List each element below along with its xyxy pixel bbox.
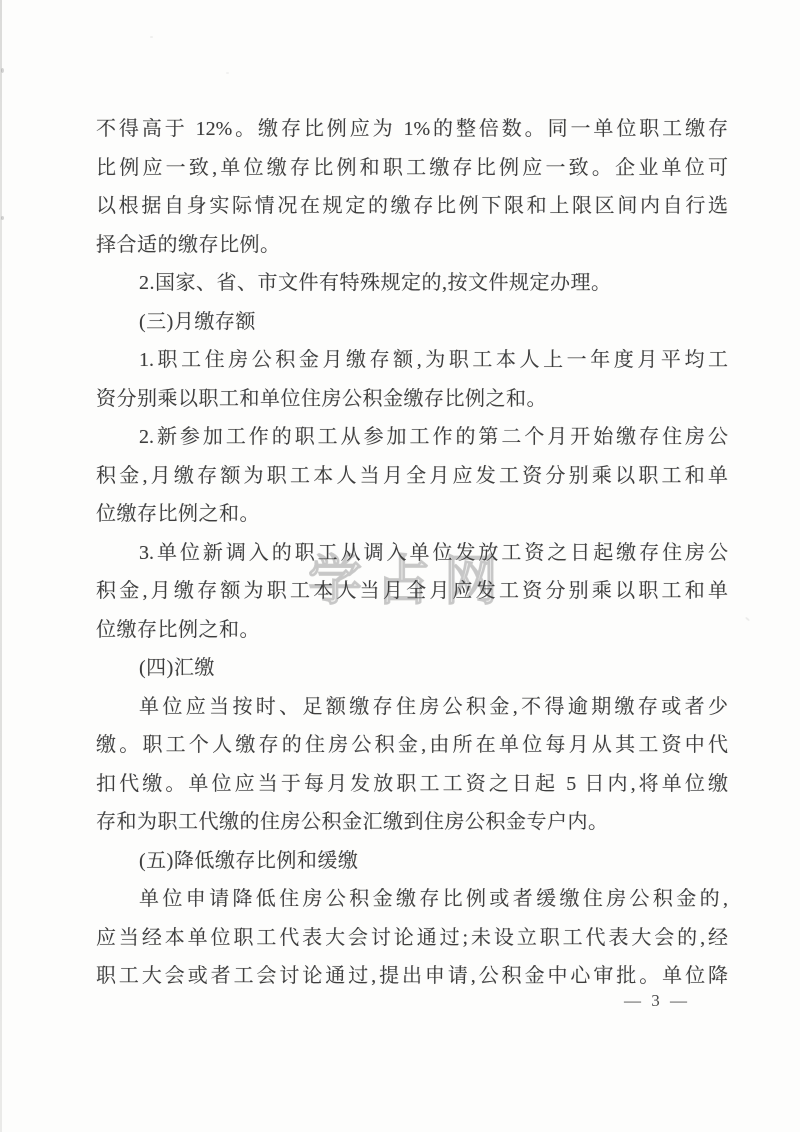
scan-speck bbox=[150, 36, 153, 38]
text-line: (五)降低缴存比例和缓缴 bbox=[96, 842, 728, 881]
scan-speck bbox=[226, 72, 229, 74]
scan-speck bbox=[1, 68, 4, 73]
text-line: 缴。职工个人缴存的住房公积金,由所在单位每月从其工资中代 bbox=[96, 726, 728, 765]
text-line: 2.新参加工作的职工从参加工作的第二个月开始缴存住房公 bbox=[96, 418, 728, 457]
scan-speck bbox=[745, 617, 750, 622]
document-body: 不得高于 12%。缴存比例应为 1%的整倍数。同一单位职工缴存比例应一致,单位缴… bbox=[96, 110, 728, 996]
text-line: 比例应一致,单位缴存比例和职工缴存比例应一致。企业单位可 bbox=[96, 149, 728, 188]
scan-edge-line bbox=[0, 0, 2, 1132]
text-line: 位缴存比例之和。 bbox=[96, 611, 728, 650]
text-line: 资分别乘以职工和单位住房公积金缴存比例之和。 bbox=[96, 380, 728, 419]
text-line: 以根据自身实际情况在规定的缴存比例下限和上限区间内自行选 bbox=[96, 187, 728, 226]
text-line: 单位应当按时、足额缴存住房公积金,不得逾期缴存或者少 bbox=[96, 688, 728, 727]
text-line: 择合适的缴存比例。 bbox=[96, 226, 728, 265]
text-line: 应当经本单位职工代表大会讨论通过;未设立职工代表大会的,经 bbox=[96, 919, 728, 958]
text-line: 3.单位新调入的职工从调入单位发放工资之日起缴存住房公 bbox=[96, 534, 728, 573]
text-line: 单位申请降低住房公积金缴存比例或者缓缴住房公积金的, bbox=[96, 880, 728, 919]
scan-speck bbox=[1, 216, 4, 220]
text-line: 2.国家、省、市文件有特殊规定的,按文件规定办理。 bbox=[96, 264, 728, 303]
text-line: (三)月缴存额 bbox=[96, 303, 728, 342]
text-line: (四)汇缴 bbox=[96, 649, 728, 688]
text-line: 扣代缴。单位应当于每月发放职工工资之日起 5 日内,将单位缴 bbox=[96, 765, 728, 804]
page-number: — 3 — bbox=[622, 989, 692, 1013]
scanned-document-page: 学占网 不得高于 12%。缴存比例应为 1%的整倍数。同一单位职工缴存比例应一致… bbox=[0, 0, 800, 1132]
text-line: 位缴存比例之和。 bbox=[96, 495, 728, 534]
text-line: 存和为职工代缴的住房公积金汇缴到住房公积金专户内。 bbox=[96, 803, 728, 842]
text-line: 1.职工住房公积金月缴存额,为职工本人上一年度月平均工 bbox=[96, 341, 728, 380]
text-line: 积金,月缴存额为职工本人当月全月应发工资分别乘以职工和单 bbox=[96, 572, 728, 611]
text-line: 积金,月缴存额为职工本人当月全月应发工资分别乘以职工和单 bbox=[96, 457, 728, 496]
text-line: 不得高于 12%。缴存比例应为 1%的整倍数。同一单位职工缴存 bbox=[96, 110, 728, 149]
